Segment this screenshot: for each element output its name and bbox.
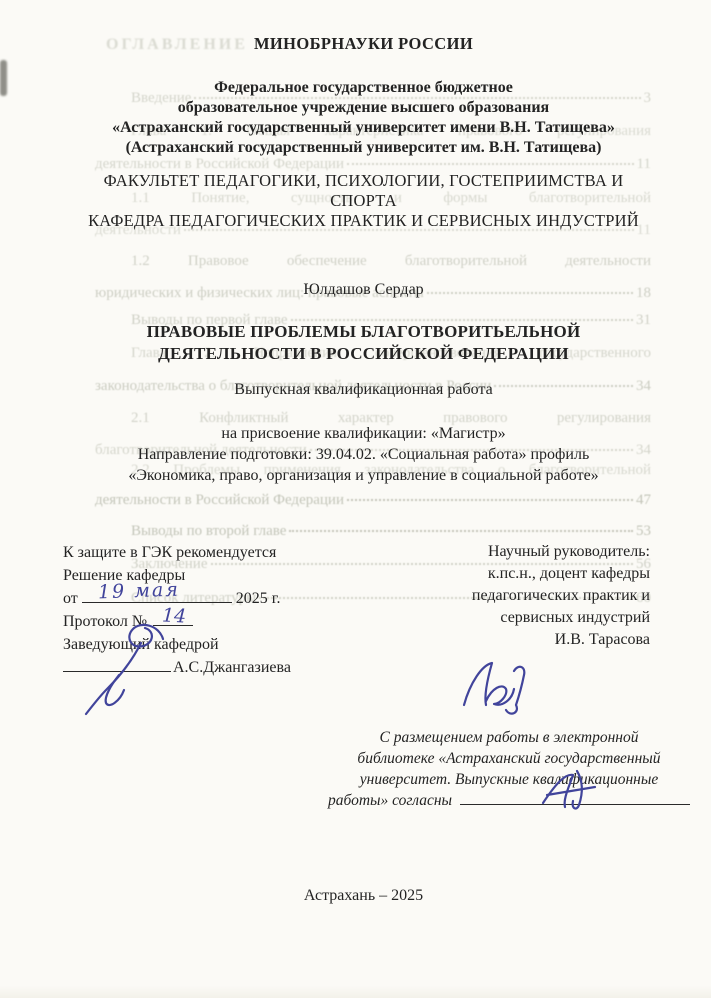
head-signature-icon	[75, 615, 200, 720]
thesis-title-line-2: ДЕЯТЕЛЬНОСТИ В РОССИЙСКОЙ ФЕДЕРАЦИИ	[46, 343, 681, 365]
supervisor-signature-icon	[456, 655, 546, 717]
approval-block: К защите в ГЭК рекомендуется Решение каф…	[63, 541, 373, 679]
author-name: Юлдашов Сердар	[46, 281, 681, 299]
scan-edge-mark	[0, 60, 7, 96]
consent-signature-line: работы» согласны	[328, 790, 690, 811]
thesis-title-line-1: ПРАВОВЫЕ ПРОБЛЕМЫ БЛАГОТВОРИТЬЕЛЬНОЙ	[46, 321, 681, 343]
approval-recommend-line: К защите в ГЭК рекомендуется	[63, 541, 373, 564]
bleedthrough-line: 1.2 Правовое обеспечение благотворительн…	[95, 253, 651, 270]
faculty-line-2: СПОРТА	[46, 191, 681, 211]
work-type: Выпускная квалификационная работа	[46, 381, 681, 399]
ministry-heading: МИНОБРНАУКИ РОССИИ	[46, 34, 681, 54]
consent-signature-icon	[533, 765, 605, 813]
supervisor-name: И.В. Тарасова	[398, 629, 650, 651]
faculty-line-1: ФАКУЛЬТЕТ ПЕДАГОГИКИ, ПСИХОЛОГИИ, ГОСТЕП…	[46, 171, 681, 191]
date-suffix: 2025 г.	[236, 590, 281, 607]
bleedthrough-line: Выводы по второй главе53	[95, 523, 651, 540]
supervisor-department-line-1: педагогических практик и	[398, 585, 650, 607]
direction-line: Направление подготовки: 39.04.02. «Социа…	[46, 444, 681, 465]
consent-line-1: С размещением работы в электронной	[328, 727, 690, 748]
consent-line-4: работы» согласны	[328, 790, 452, 811]
supervisor-block: Научный руководитель: к.пс.н., доцент ка…	[398, 541, 650, 651]
document-page: ОГЛАВЛЕНИЕ Введение3Глава 1. Общая харак…	[0, 0, 711, 998]
institution-line-4: (Астраханский государственный университе…	[46, 138, 681, 158]
consent-line-3: университет. Выпускные квалификационные	[328, 769, 690, 790]
institution-line-1: Федеральное государственное бюджетное	[46, 78, 681, 98]
thesis-title: ПРАВОВЫЕ ПРОБЛЕМЫ БЛАГОТВОРИТЬЕЛЬНОЙ ДЕЯ…	[46, 321, 681, 365]
consent-line-2: библиотеке «Астраханский государственный	[328, 748, 690, 769]
institution-line-3: «Астраханский государственный университе…	[46, 118, 681, 138]
qualification-block: на присвоение квалификации: «Магистр» На…	[46, 423, 681, 486]
date-blank-line: 19 мая	[82, 587, 232, 603]
faculty-block: ФАКУЛЬТЕТ ПЕДАГОГИКИ, ПСИХОЛОГИИ, ГОСТЕП…	[46, 171, 681, 231]
supervisor-label: Научный руководитель:	[398, 541, 650, 563]
institution-block: Федеральное государственное бюджетное об…	[46, 78, 681, 158]
bleedthrough-line: деятельности в Российской Федерации47	[95, 492, 651, 509]
department-line: КАФЕДРА ПЕДАГОГИЧЕСКИХ ПРАКТИК И СЕРВИСН…	[46, 211, 681, 231]
approval-date-line: от19 мая2025 г.	[63, 587, 373, 610]
city-year: Астрахань – 2025	[46, 887, 681, 905]
supervisor-department-line-2: сервисных индустрий	[398, 607, 650, 629]
supervisor-degree-line: к.пс.н., доцент кафедры	[398, 563, 650, 585]
qualification-line: на присвоение квалификации: «Магистр»	[46, 423, 681, 444]
profile-line: «Экономика, право, организация и управле…	[46, 465, 681, 486]
date-prefix: от	[63, 590, 78, 607]
institution-line-2: образовательное учреждение высшего образ…	[46, 98, 681, 118]
handwritten-date: 19 мая	[97, 579, 180, 605]
consent-block: С размещением работы в электронной библи…	[328, 727, 690, 811]
